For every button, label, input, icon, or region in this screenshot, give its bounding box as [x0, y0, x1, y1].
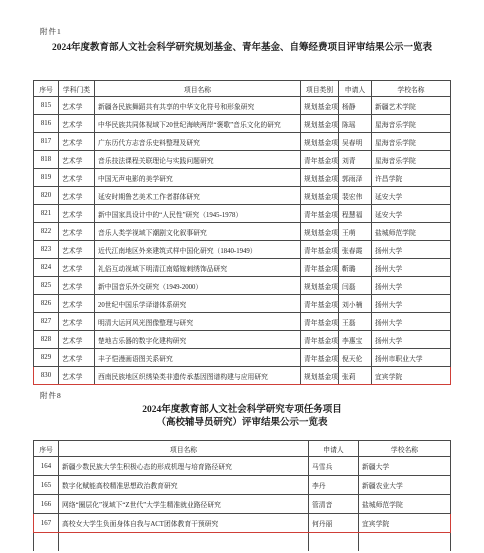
row-number-cell: 164: [34, 457, 59, 476]
table-row: 829艺术学丰子恺漫画语图关系研究青年基金项目倪天伦扬州市职业大学: [34, 349, 451, 367]
table-cell: 陈瑶: [339, 115, 372, 133]
table-cell: 艺术学: [59, 187, 95, 205]
table-row: 825艺术学新中国音乐外交研究（1949-2000）规划基金项目闫磊扬州大学: [34, 277, 451, 295]
table-cell: 李丹: [309, 476, 359, 495]
table-cell: 青年基金项目: [301, 331, 339, 349]
table-cell: 艺术学: [59, 259, 95, 277]
table-row: 828艺术学楚地古乐器的数字化建构研究青年基金项目李惠宝扬州大学: [34, 331, 451, 349]
row-number-cell: 815: [34, 97, 59, 115]
table-row: 827艺术学明清大运河风光图像整理与研究青年基金项目王磊扬州大学: [34, 313, 451, 331]
table-cell: 艺术学: [59, 367, 95, 385]
table-cell: 艺术学: [59, 97, 95, 115]
row-number-cell: 818: [34, 151, 59, 169]
table-row: 816艺术学中华民族共同体视域下20世纪海峡两岸“褒歌”音乐文化的研究规划基金项…: [34, 115, 451, 133]
col-header-school: 学校名称: [372, 81, 451, 97]
table-cell: 延安大学: [372, 205, 451, 223]
table-cell: 规划基金项目: [301, 367, 339, 385]
table-cell: 马雪兵: [309, 457, 359, 476]
row-number-cell: 829: [34, 349, 59, 367]
table-cell: 广东历代方志音乐史料整理及研究: [95, 133, 301, 151]
table-cell: 20世纪中国乐学译谱体系研究: [95, 295, 301, 313]
table-cell: 许昌学院: [372, 169, 451, 187]
col-header-seq: 序号: [34, 81, 59, 97]
results-table-1: 序号 学科门类 项目名称 项目类别 申请人 学校名称 815艺术学新疆各民族舞蹈…: [33, 80, 451, 385]
table-cell: 王萌: [339, 223, 372, 241]
table-cell: 李惠宝: [339, 331, 372, 349]
row-number-cell: 166: [34, 495, 59, 514]
table-cell: 星海音乐学院: [372, 151, 451, 169]
table-cell: 刘小楠: [339, 295, 372, 313]
table-row: 819艺术学中国无声电影的美学研究规划基金项目郭雨泽许昌学院: [34, 169, 451, 187]
table-cell: 艺术学: [59, 115, 95, 133]
row-number-cell: 824: [34, 259, 59, 277]
table-cell: 明清大运河风光图像整理与研究: [95, 313, 301, 331]
table2-header-row: 序号 项目名称 申请人 学校名称: [34, 441, 451, 457]
table-cell: 青年基金项目: [301, 295, 339, 313]
table-cell: 规划基金项目: [301, 187, 339, 205]
table-row-highlighted: 167高校女大学生负面身体自我与ACT团体教育干预研究何丹丽宜宾学院: [34, 514, 451, 533]
table-cell: 规划基金项目: [301, 223, 339, 241]
table-row: 164新疆少数民族大学生积极心态的形成机理与培育路径研究马雪兵新疆大学: [34, 457, 451, 476]
table2: 序号 项目名称 申请人 学校名称 164新疆少数民族大学生积极心态的形成机理与培…: [33, 440, 451, 551]
col-header-school: 学校名称: [359, 441, 451, 457]
table-row-partial: [34, 533, 451, 552]
table-cell: 西南民族地区织绣染类非遗传承基因图谱构建与应用研究: [95, 367, 301, 385]
table-cell: 张莉: [339, 367, 372, 385]
row-number-cell: 820: [34, 187, 59, 205]
table-cell: 艺术学: [59, 133, 95, 151]
table-cell: 扬州大学: [372, 259, 451, 277]
table-cell: 青年基金项目: [301, 313, 339, 331]
table-cell: 艺术学: [59, 205, 95, 223]
col-header-seq: 序号: [34, 441, 59, 457]
table-cell: 艺术学: [59, 277, 95, 295]
table-row: 820艺术学延安时期鲁艺美术工作者群体研究规划基金项目裴宏伟延安大学: [34, 187, 451, 205]
table-cell: 规划基金项目: [301, 169, 339, 187]
table-cell: 中华民族共同体视域下20世纪海峡两岸“褒歌”音乐文化的研究: [95, 115, 301, 133]
table-cell: 扬州大学: [372, 295, 451, 313]
table-cell: 新疆艺术学院: [372, 97, 451, 115]
table-cell: 倪天伦: [339, 349, 372, 367]
table-row: 166网络“圈层化”视域下“Z世代”大学生精准就业路径研究管清音盐城师范学院: [34, 495, 451, 514]
table-row: 165数字化赋能高校精准思想政治教育研究李丹新疆农业大学: [34, 476, 451, 495]
table-cell: 规划基金项目: [301, 133, 339, 151]
col-header-project-name: 项目名称: [95, 81, 301, 97]
row-number-cell: 167: [34, 514, 59, 533]
table-cell: 盐城师范学院: [359, 495, 451, 514]
table-cell: 王磊: [339, 313, 372, 331]
table-cell: 新疆大学: [359, 457, 451, 476]
table1-header-row: 序号 学科门类 项目名称 项目类别 申请人 学校名称: [34, 81, 451, 97]
row-number-cell: 821: [34, 205, 59, 223]
col-header-applicant: 申请人: [339, 81, 372, 97]
row-number-cell: 827: [34, 313, 59, 331]
table-cell: 近代江南地区外来建筑式样中国化研究（1840-1949）: [95, 241, 301, 259]
col-header-discipline: 学科门类: [59, 81, 95, 97]
table-cell: 新疆农业大学: [359, 476, 451, 495]
table2-title-line2: （高校辅导员研究）评审结果公示一览表: [0, 417, 484, 430]
table-cell: 数字化赋能高校精准思想政治教育研究: [59, 476, 309, 495]
table2-title: 2024年度教育部人文社会科学研究专项任务项目 （高校辅导员研究）评审结果公示一…: [0, 404, 484, 430]
table-cell-empty: [59, 533, 309, 552]
table-cell: 延安大学: [372, 187, 451, 205]
table-cell: 刘青: [339, 151, 372, 169]
table1-title: 2024年度教育部人文社会科学研究规划基金、青年基金、自筹经费项目评审结果公示一…: [0, 42, 484, 55]
table-cell: 扬州大学: [372, 331, 451, 349]
table-cell: 艺术学: [59, 295, 95, 313]
table-cell: 星海音乐学院: [372, 133, 451, 151]
table-cell: 青年基金项目: [301, 349, 339, 367]
table-cell: 扬州大学: [372, 277, 451, 295]
table-row: 817艺术学广东历代方志音乐史料整理及研究规划基金项目吴春明星海音乐学院: [34, 133, 451, 151]
table-row: 821艺术学新中国家具设计中的“人民性”研究（1945-1978）青年基金项目程…: [34, 205, 451, 223]
row-number-cell: 819: [34, 169, 59, 187]
table-cell: 艺术学: [59, 241, 95, 259]
table-cell: 程慧福: [339, 205, 372, 223]
row-number-cell: 817: [34, 133, 59, 151]
table1: 序号 学科门类 项目名称 项目类别 申请人 学校名称 815艺术学新疆各民族舞蹈…: [33, 80, 451, 385]
table-cell: 规划基金项目: [301, 115, 339, 133]
table-cell: 宜宾学院: [372, 367, 451, 385]
table-cell: 高校女大学生负面身体自我与ACT团体教育干预研究: [59, 514, 309, 533]
table-row: 822艺术学音乐人类学视域下潮剧文化叙事研究规划基金项目王萌盐城师范学院: [34, 223, 451, 241]
row-number-cell: 816: [34, 115, 59, 133]
table-row-highlighted: 830艺术学西南民族地区织绣染类非遗传承基因图谱构建与应用研究规划基金项目张莉宜…: [34, 367, 451, 385]
table-row: 823艺术学近代江南地区外来建筑式样中国化研究（1840-1949）青年基金项目…: [34, 241, 451, 259]
row-number-cell: 830: [34, 367, 59, 385]
table-cell: 扬州市职业大学: [372, 349, 451, 367]
row-number-cell: 825: [34, 277, 59, 295]
table-cell: 新中国音乐外交研究（1949-2000）: [95, 277, 301, 295]
table-row: 824艺术学礼俗互动视域下明清江南婚嫁刺绣饰品研究青年基金项目靳璐扬州大学: [34, 259, 451, 277]
col-header-project-name: 项目名称: [59, 441, 309, 457]
attachment-label-2: 附件8: [40, 390, 62, 401]
table-cell: 青年基金项目: [301, 205, 339, 223]
row-number-cell: 828: [34, 331, 59, 349]
table-cell: 靳璐: [339, 259, 372, 277]
table-cell: 张春霞: [339, 241, 372, 259]
table-cell-empty: [34, 533, 59, 552]
table-cell: 艺术学: [59, 349, 95, 367]
document-page: 附件1 2024年度教育部人文社会科学研究规划基金、青年基金、自筹经费项目评审结…: [0, 0, 484, 553]
table-cell: 何丹丽: [309, 514, 359, 533]
table-cell: 新疆少数民族大学生积极心态的形成机理与培育路径研究: [59, 457, 309, 476]
row-number-cell: 822: [34, 223, 59, 241]
table-cell: 新中国家具设计中的“人民性”研究（1945-1978）: [95, 205, 301, 223]
table-cell: 管清音: [309, 495, 359, 514]
table-cell-empty: [359, 533, 451, 552]
row-number-cell: 165: [34, 476, 59, 495]
col-header-applicant: 申请人: [309, 441, 359, 457]
table-cell: 星海音乐学院: [372, 115, 451, 133]
row-number-cell: 826: [34, 295, 59, 313]
table-cell: 盐城师范学院: [372, 223, 451, 241]
table-cell: 新疆各民族舞蹈共有共享的中华文化符号和形象研究: [95, 97, 301, 115]
table-cell: 艺术学: [59, 331, 95, 349]
table-row: 815艺术学新疆各民族舞蹈共有共享的中华文化符号和形象研究规划基金项目杨静新疆艺…: [34, 97, 451, 115]
table-cell: 丰子恺漫画语图关系研究: [95, 349, 301, 367]
table-cell: 郭雨泽: [339, 169, 372, 187]
table-cell: 艺术学: [59, 223, 95, 241]
table-cell: 音乐技法课程关联理论与实践问题研究: [95, 151, 301, 169]
table-cell: 杨静: [339, 97, 372, 115]
table-cell: 闫磊: [339, 277, 372, 295]
table-cell: 礼俗互动视域下明清江南婚嫁刺绣饰品研究: [95, 259, 301, 277]
table-cell-empty: [309, 533, 359, 552]
table-cell: 青年基金项目: [301, 151, 339, 169]
table-cell: 吴春明: [339, 133, 372, 151]
table-cell: 延安时期鲁艺美术工作者群体研究: [95, 187, 301, 205]
table-cell: 艺术学: [59, 151, 95, 169]
attachment-label-1: 附件1: [40, 26, 62, 37]
table-cell: 宜宾学院: [359, 514, 451, 533]
table-cell: 艺术学: [59, 313, 95, 331]
table-cell: 青年基金项目: [301, 241, 339, 259]
table-cell: 中国无声电影的美学研究: [95, 169, 301, 187]
table-cell: 网络“圈层化”视域下“Z世代”大学生精准就业路径研究: [59, 495, 309, 514]
table-cell: 音乐人类学视域下潮剧文化叙事研究: [95, 223, 301, 241]
results-table-2: 序号 项目名称 申请人 学校名称 164新疆少数民族大学生积极心态的形成机理与培…: [33, 440, 451, 551]
table-row: 826艺术学20世纪中国乐学译谱体系研究青年基金项目刘小楠扬州大学: [34, 295, 451, 313]
table2-title-line1: 2024年度教育部人文社会科学研究专项任务项目: [0, 404, 484, 417]
table-row: 818艺术学音乐技法课程关联理论与实践问题研究青年基金项目刘青星海音乐学院: [34, 151, 451, 169]
table-cell: 规划基金项目: [301, 97, 339, 115]
table-cell: 青年基金项目: [301, 259, 339, 277]
table-cell: 规划基金项目: [301, 277, 339, 295]
table-cell: 扬州大学: [372, 241, 451, 259]
col-header-project-type: 项目类别: [301, 81, 339, 97]
row-number-cell: 823: [34, 241, 59, 259]
table-cell: 艺术学: [59, 169, 95, 187]
table-cell: 裴宏伟: [339, 187, 372, 205]
table-cell: 扬州大学: [372, 313, 451, 331]
table-cell: 楚地古乐器的数字化建构研究: [95, 331, 301, 349]
